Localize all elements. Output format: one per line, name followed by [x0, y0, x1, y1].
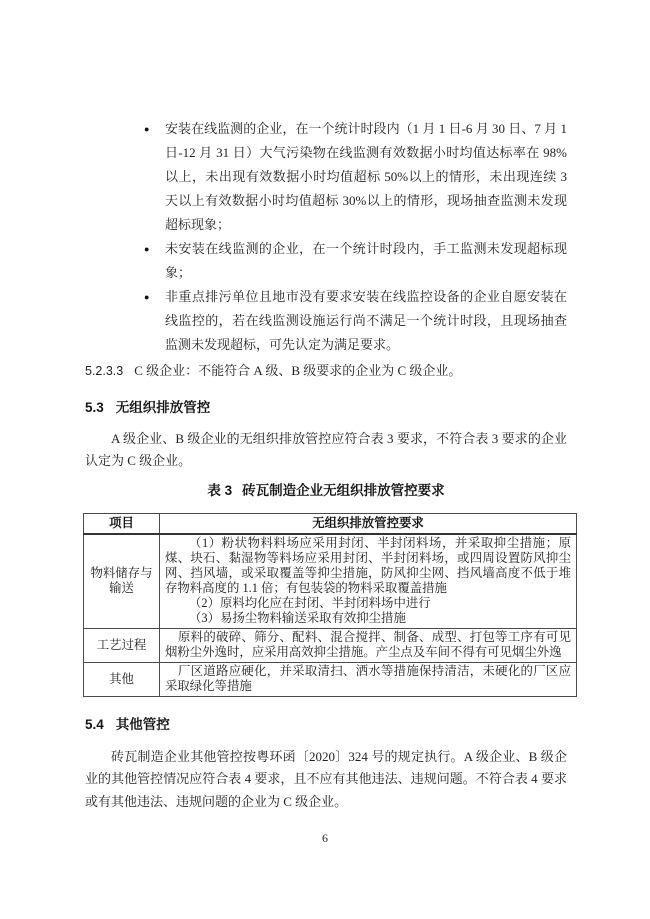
page-number: 6: [0, 831, 650, 846]
section-5-3-heading: 5.3无组织排放管控: [85, 397, 567, 419]
row-item-label: 工艺过程: [84, 628, 160, 662]
row-requirement-cell: （1）粉状物料料场应采用封闭、半封闭料场，并采取抑尘措施；原煤、块石、黏湿物等料…: [160, 534, 577, 629]
section-5-4-heading: 5.4其他管控: [85, 714, 567, 736]
table-row: 其他 厂区道路应硬化，并采取清扫、洒水等措施保持清洁，未硬化的厂区应采取绿化等措…: [84, 662, 577, 696]
section-title: 无组织排放管控: [116, 400, 211, 415]
clause-5-2-3-3: 5.2.3.3C 级企业：不能符合 A 级、B 级要求的企业为 C 级企业。: [85, 360, 567, 382]
bullet-icon: ●: [144, 285, 165, 357]
paragraph-5-3: A 级企业、B 级企业的无组织排放管控应符合表 3 要求，不符合表 3 要求的企…: [85, 428, 567, 473]
bullet-item: ● 未安装在线监测的企业，在一个统计时段内，手工监测未发现超标现象；: [85, 237, 567, 285]
column-header-item: 项目: [84, 513, 160, 534]
bullet-item: ● 非重点排污单位且地市没有要求安装在线监控设备的企业自愿安装在线监控的，若在线…: [85, 285, 567, 357]
row-item-label: 物料储存与输送: [84, 534, 160, 629]
section-number: 5.3: [85, 400, 104, 415]
column-header-requirement: 无组织排放管控要求: [160, 513, 577, 534]
bullet-item-text: 非重点排污单位且地市没有要求安装在线监控设备的企业自愿安装在线监控的，若在线监测…: [165, 285, 567, 357]
page-content: ● 安装在线监测的企业，在一个统计时段内（1 月 1 日-6 月 30 日、7 …: [85, 117, 567, 813]
paragraph-5-4: 砖瓦制造企业其他管控按粤环函〔2020〕324 号的规定执行。A 级企业、B 级…: [85, 746, 567, 813]
requirement-paragraph: 厂区道路应硬化，并采取清扫、洒水等措施保持清洁，未硬化的厂区应采取绿化等措施: [165, 664, 571, 694]
table-3: 项目 无组织排放管控要求 物料储存与输送 （1）粉状物料料场应采用封闭、半封闭料…: [83, 513, 577, 697]
table-caption-label: 表 3: [207, 483, 232, 498]
table-3-caption: 表 3砖瓦制造企业无组织排放管控要求: [85, 480, 567, 502]
row-requirement-cell: 厂区道路应硬化，并采取清扫、洒水等措施保持清洁，未硬化的厂区应采取绿化等措施: [160, 662, 577, 696]
bullet-icon: ●: [144, 117, 165, 237]
clause-text: C 级企业：不能符合 A 级、B 级要求的企业为 C 级企业。: [134, 363, 461, 378]
bullet-icon: ●: [144, 237, 165, 285]
row-requirement-cell: 原料的破碎、筛分、配料、混合搅拌、制备、成型、打包等工序有可见烟粉尘外逸时，应采…: [160, 628, 577, 662]
bullet-list: ● 安装在线监测的企业，在一个统计时段内（1 月 1 日-6 月 30 日、7 …: [85, 117, 567, 357]
table-row: 物料储存与输送 （1）粉状物料料场应采用封闭、半封闭料场，并采取抑尘措施；原煤、…: [84, 534, 577, 629]
table-row: 工艺过程 原料的破碎、筛分、配料、混合搅拌、制备、成型、打包等工序有可见烟粉尘外…: [84, 628, 577, 662]
row-item-label: 其他: [84, 662, 160, 696]
clause-number: 5.2.3.3: [85, 364, 123, 378]
requirement-paragraph: 原料的破碎、筛分、配料、混合搅拌、制备、成型、打包等工序有可见烟粉尘外逸时，应采…: [165, 630, 571, 660]
section-number: 5.4: [85, 717, 104, 732]
section-title: 其他管控: [116, 717, 170, 732]
requirement-paragraph: （3）易扬尘物料输送采取有效抑尘措施: [165, 611, 571, 626]
document-page: ● 安装在线监测的企业，在一个统计时段内（1 月 1 日-6 月 30 日、7 …: [0, 0, 650, 919]
table-caption-title: 砖瓦制造企业无组织排放管控要求: [242, 483, 445, 498]
bullet-item-text: 未安装在线监测的企业，在一个统计时段内，手工监测未发现超标现象；: [165, 237, 567, 285]
table-header-row: 项目 无组织排放管控要求: [84, 513, 577, 534]
requirement-paragraph: （2）原料均化应在封闭、半封闭料场中进行: [165, 596, 571, 611]
bullet-item-text: 安装在线监测的企业，在一个统计时段内（1 月 1 日-6 月 30 日、7 月 …: [165, 117, 567, 237]
requirement-paragraph: （1）粉状物料料场应采用封闭、半封闭料场，并采取抑尘措施；原煤、块石、黏湿物等料…: [165, 536, 571, 596]
bullet-item: ● 安装在线监测的企业，在一个统计时段内（1 月 1 日-6 月 30 日、7 …: [85, 117, 567, 237]
